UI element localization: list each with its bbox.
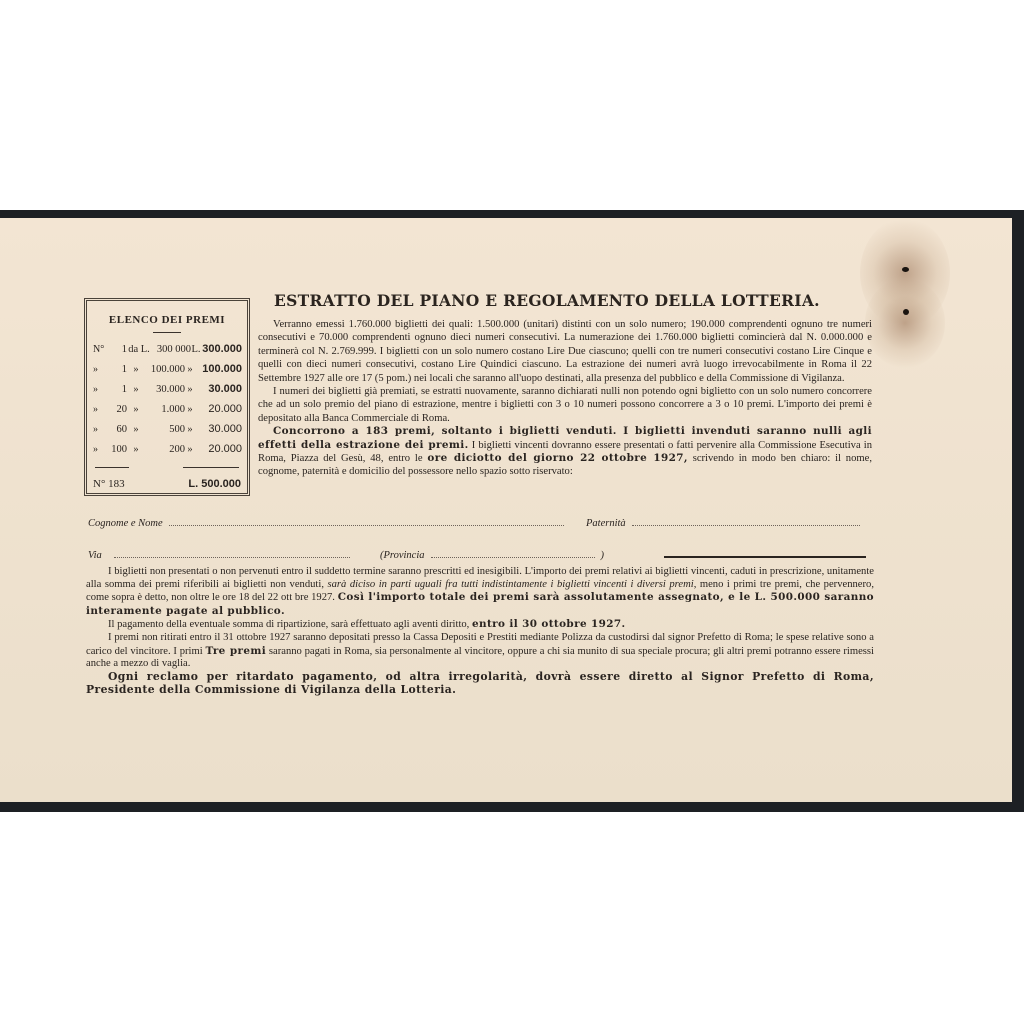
punch-hole [902, 267, 909, 272]
prize-row: »60»500»30.000 [87, 423, 247, 443]
prize-sep-label: » [185, 404, 195, 415]
prize-total-row: N° 183 L. 500.000 [87, 478, 247, 490]
prize-row: N°1da L.300 000L.300.000 [87, 343, 247, 363]
prize-row-total: 30.000 [195, 383, 242, 395]
paragraph: I numeri dei biglietti già premiati, se … [258, 385, 872, 425]
signature-line[interactable] [664, 556, 866, 558]
prize-prefix: N° [93, 344, 109, 355]
prize-unit-amount: 500 [145, 424, 185, 435]
stain [865, 278, 945, 368]
italic-text: sarà diciso in parti uguali fra tutti in… [328, 579, 694, 590]
prize-row-total: 20.000 [195, 403, 242, 415]
regulation-text: Verranno emessi 1.760.000 biglietti dei … [258, 318, 872, 479]
prize-unit-amount: 100.000 [145, 364, 185, 375]
prize-count: 100 [109, 444, 127, 455]
prize-prefix: » [93, 424, 109, 435]
province-close: ) [601, 550, 605, 561]
prize-unit-amount: 30.000 [145, 384, 185, 395]
prize-row: »20»1.000»20.000 [87, 403, 247, 423]
prize-sep-label: » [127, 364, 145, 375]
conditions-text: I biglietti non presentati o non pervenu… [86, 566, 874, 698]
paternity-label: Paternità [586, 518, 626, 529]
prize-sep-label: » [185, 424, 195, 435]
prize-sep-label: » [127, 404, 145, 415]
prize-prefix: » [93, 444, 109, 455]
paragraph: Ogni reclamo per ritardato pagamento, od… [86, 671, 874, 698]
prize-unit-amount: 1.000 [145, 404, 185, 415]
paternity-field[interactable] [632, 516, 860, 526]
prize-list-box: ELENCO DEI PREMI N°1da L.300 000L.300.00… [84, 298, 250, 496]
punch-hole [903, 309, 909, 315]
prize-sep-label: L. [191, 344, 201, 355]
lottery-ticket-back: ELENCO DEI PREMI N°1da L.300 000L.300.00… [0, 218, 1012, 802]
prize-row-total: 300.000 [201, 343, 242, 355]
divider [87, 467, 247, 468]
prize-sep-label: » [185, 364, 195, 375]
page-title: ESTRATTO DEL PIANO E REGOLAMENTO DELLA L… [274, 291, 874, 310]
divider [153, 332, 181, 333]
bold-text: ore diciotto del giorno 22 ottobre 1927, [427, 452, 687, 464]
surname-name-row: Cognome e Nome [88, 516, 570, 529]
prize-count: 60 [109, 424, 127, 435]
paragraph: I premi non ritirati entro il 31 ottobre… [86, 632, 874, 671]
prize-count: 1 [109, 344, 127, 355]
prize-unit-amount: 200 [145, 444, 185, 455]
prize-count: 1 [109, 384, 127, 395]
bold-text: Ogni reclamo per ritardato pagamento, od… [86, 670, 874, 697]
paragraph: Il pagamento della eventuale somma di ri… [86, 618, 874, 632]
paragraph: I biglietti non presentati o non pervenu… [86, 566, 874, 618]
prize-sep-label: » [127, 384, 145, 395]
surname-name-label: Cognome e Nome [88, 518, 163, 529]
text: Il pagamento della eventuale somma di ri… [108, 619, 472, 630]
prize-row-total: 20.000 [195, 443, 242, 455]
prize-sep-label: » [127, 444, 145, 455]
paternity-row: Paternità [586, 516, 866, 529]
prize-row: »1»100.000»100.000 [87, 363, 247, 383]
paragraph: Concorrono a 183 premi, soltanto i bigli… [258, 425, 872, 479]
prize-prefix: » [93, 364, 109, 375]
province-field[interactable] [431, 548, 595, 558]
bold-text: entro il 30 ottobre 1927. [472, 618, 626, 630]
prize-rows: N°1da L.300 000L.300.000»1»100.000»100.0… [87, 343, 247, 463]
prize-total-amount: L. 500.000 [188, 478, 241, 490]
prize-prefix: » [93, 404, 109, 415]
province-label: (Provincia [380, 550, 425, 561]
prize-unit-amount: 300 000 [151, 344, 191, 355]
province-row: (Provincia ) [380, 548, 604, 561]
street-label: Via [88, 550, 102, 561]
prize-total-count: N° 183 [93, 478, 125, 490]
prize-row-total: 30.000 [195, 423, 242, 435]
prize-count: 1 [109, 364, 127, 375]
bold-text: Tre premi [205, 645, 266, 657]
prize-sep-label: » [185, 444, 195, 455]
prize-list-title: ELENCO DEI PREMI [87, 314, 247, 326]
prize-sep-label: da L. [127, 344, 151, 355]
surname-name-field[interactable] [169, 516, 564, 526]
prize-sep-label: » [185, 384, 195, 395]
prize-sep-label: » [127, 424, 145, 435]
prize-count: 20 [109, 404, 127, 415]
paragraph: Verranno emessi 1.760.000 biglietti dei … [258, 318, 872, 385]
prize-prefix: » [93, 384, 109, 395]
prize-row-total: 100.000 [195, 363, 242, 375]
prize-row: »100»200»20.000 [87, 443, 247, 463]
street-row: Via [88, 548, 356, 561]
street-field[interactable] [114, 548, 350, 558]
prize-row: »1»30.000»30.000 [87, 383, 247, 403]
